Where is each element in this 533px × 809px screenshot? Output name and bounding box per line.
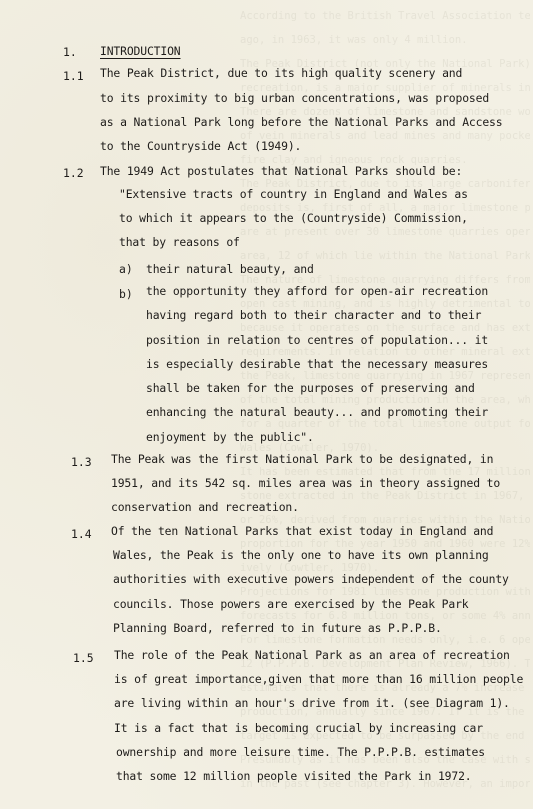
paragraph-line: Wales, the Peak is the only one to have … <box>113 548 489 562</box>
quote-line: that by reasons of <box>119 235 240 249</box>
paragraph-line: councils. Those powers are exercised by … <box>113 597 469 611</box>
paragraph-line: The 1949 Act postulates that National Pa… <box>100 164 462 178</box>
quote-line: enhancing the natural beauty... and prom… <box>146 405 488 419</box>
quote-line: enjoyment by the public". <box>146 430 314 444</box>
paragraph-line: Of the ten National Parks that exist tod… <box>111 524 493 538</box>
paragraph-line: is of great importance,given that more t… <box>114 672 523 686</box>
paragraph-line: to the Countryside Act (1949). <box>100 139 301 153</box>
paragraph-line: It is a fact that is becoming crucial by… <box>114 721 483 735</box>
section-number: 1. <box>63 45 77 59</box>
paragraph-line: conservation and recreation. <box>111 500 299 514</box>
paragraph-number: 1.2 <box>63 166 84 180</box>
paragraph-line: ownership and more leisure time. The P.P… <box>116 745 485 759</box>
section-title: INTRODUCTION <box>100 44 181 58</box>
paragraph-line: The Peak was the first National Park to … <box>111 452 493 466</box>
paragraph-number: 1.1 <box>63 69 84 83</box>
paragraph-line: The Peak District, due to its high quali… <box>100 66 462 80</box>
list-marker: b) <box>119 287 133 301</box>
paragraph-line: 1951, and its 542 sq. miles area was in … <box>111 476 500 490</box>
quote-line: position in relation to centres of popul… <box>146 333 488 347</box>
paragraph-line: The role of the Peak National Park as an… <box>114 648 510 662</box>
list-item: their natural beauty, and <box>146 262 314 276</box>
quote-line: shall be taken for the purposes of prese… <box>146 381 475 395</box>
paragraph-line: Planning Board, referred to in future as… <box>113 621 442 635</box>
quote-line: having regard both to their character an… <box>146 308 481 322</box>
list-marker: a) <box>119 262 133 276</box>
paragraph-number: 1.4 <box>71 527 92 541</box>
paragraph-line: authorities with executive powers indepe… <box>113 572 509 586</box>
list-item: the opportunity they afford for open-air… <box>146 284 488 298</box>
quote-line: is especially desirable that the necessa… <box>146 357 488 371</box>
paragraph-line: are living within an hour's drive from i… <box>114 696 510 710</box>
paragraph-line: as a National Park long before the Natio… <box>100 115 502 129</box>
document-page: According to the British Travel Associat… <box>0 0 533 809</box>
paragraph-number: 1.5 <box>73 651 94 665</box>
paragraph-line: that some 12 million people visited the … <box>116 769 472 783</box>
paragraph-number: 1.3 <box>71 455 92 469</box>
quote-line: "Extensive tracts of country in England … <box>119 187 468 201</box>
paragraph-line: to its proximity to big urban concentrat… <box>100 91 489 105</box>
quote-line: to which it appears to the (Countryside)… <box>119 211 468 225</box>
